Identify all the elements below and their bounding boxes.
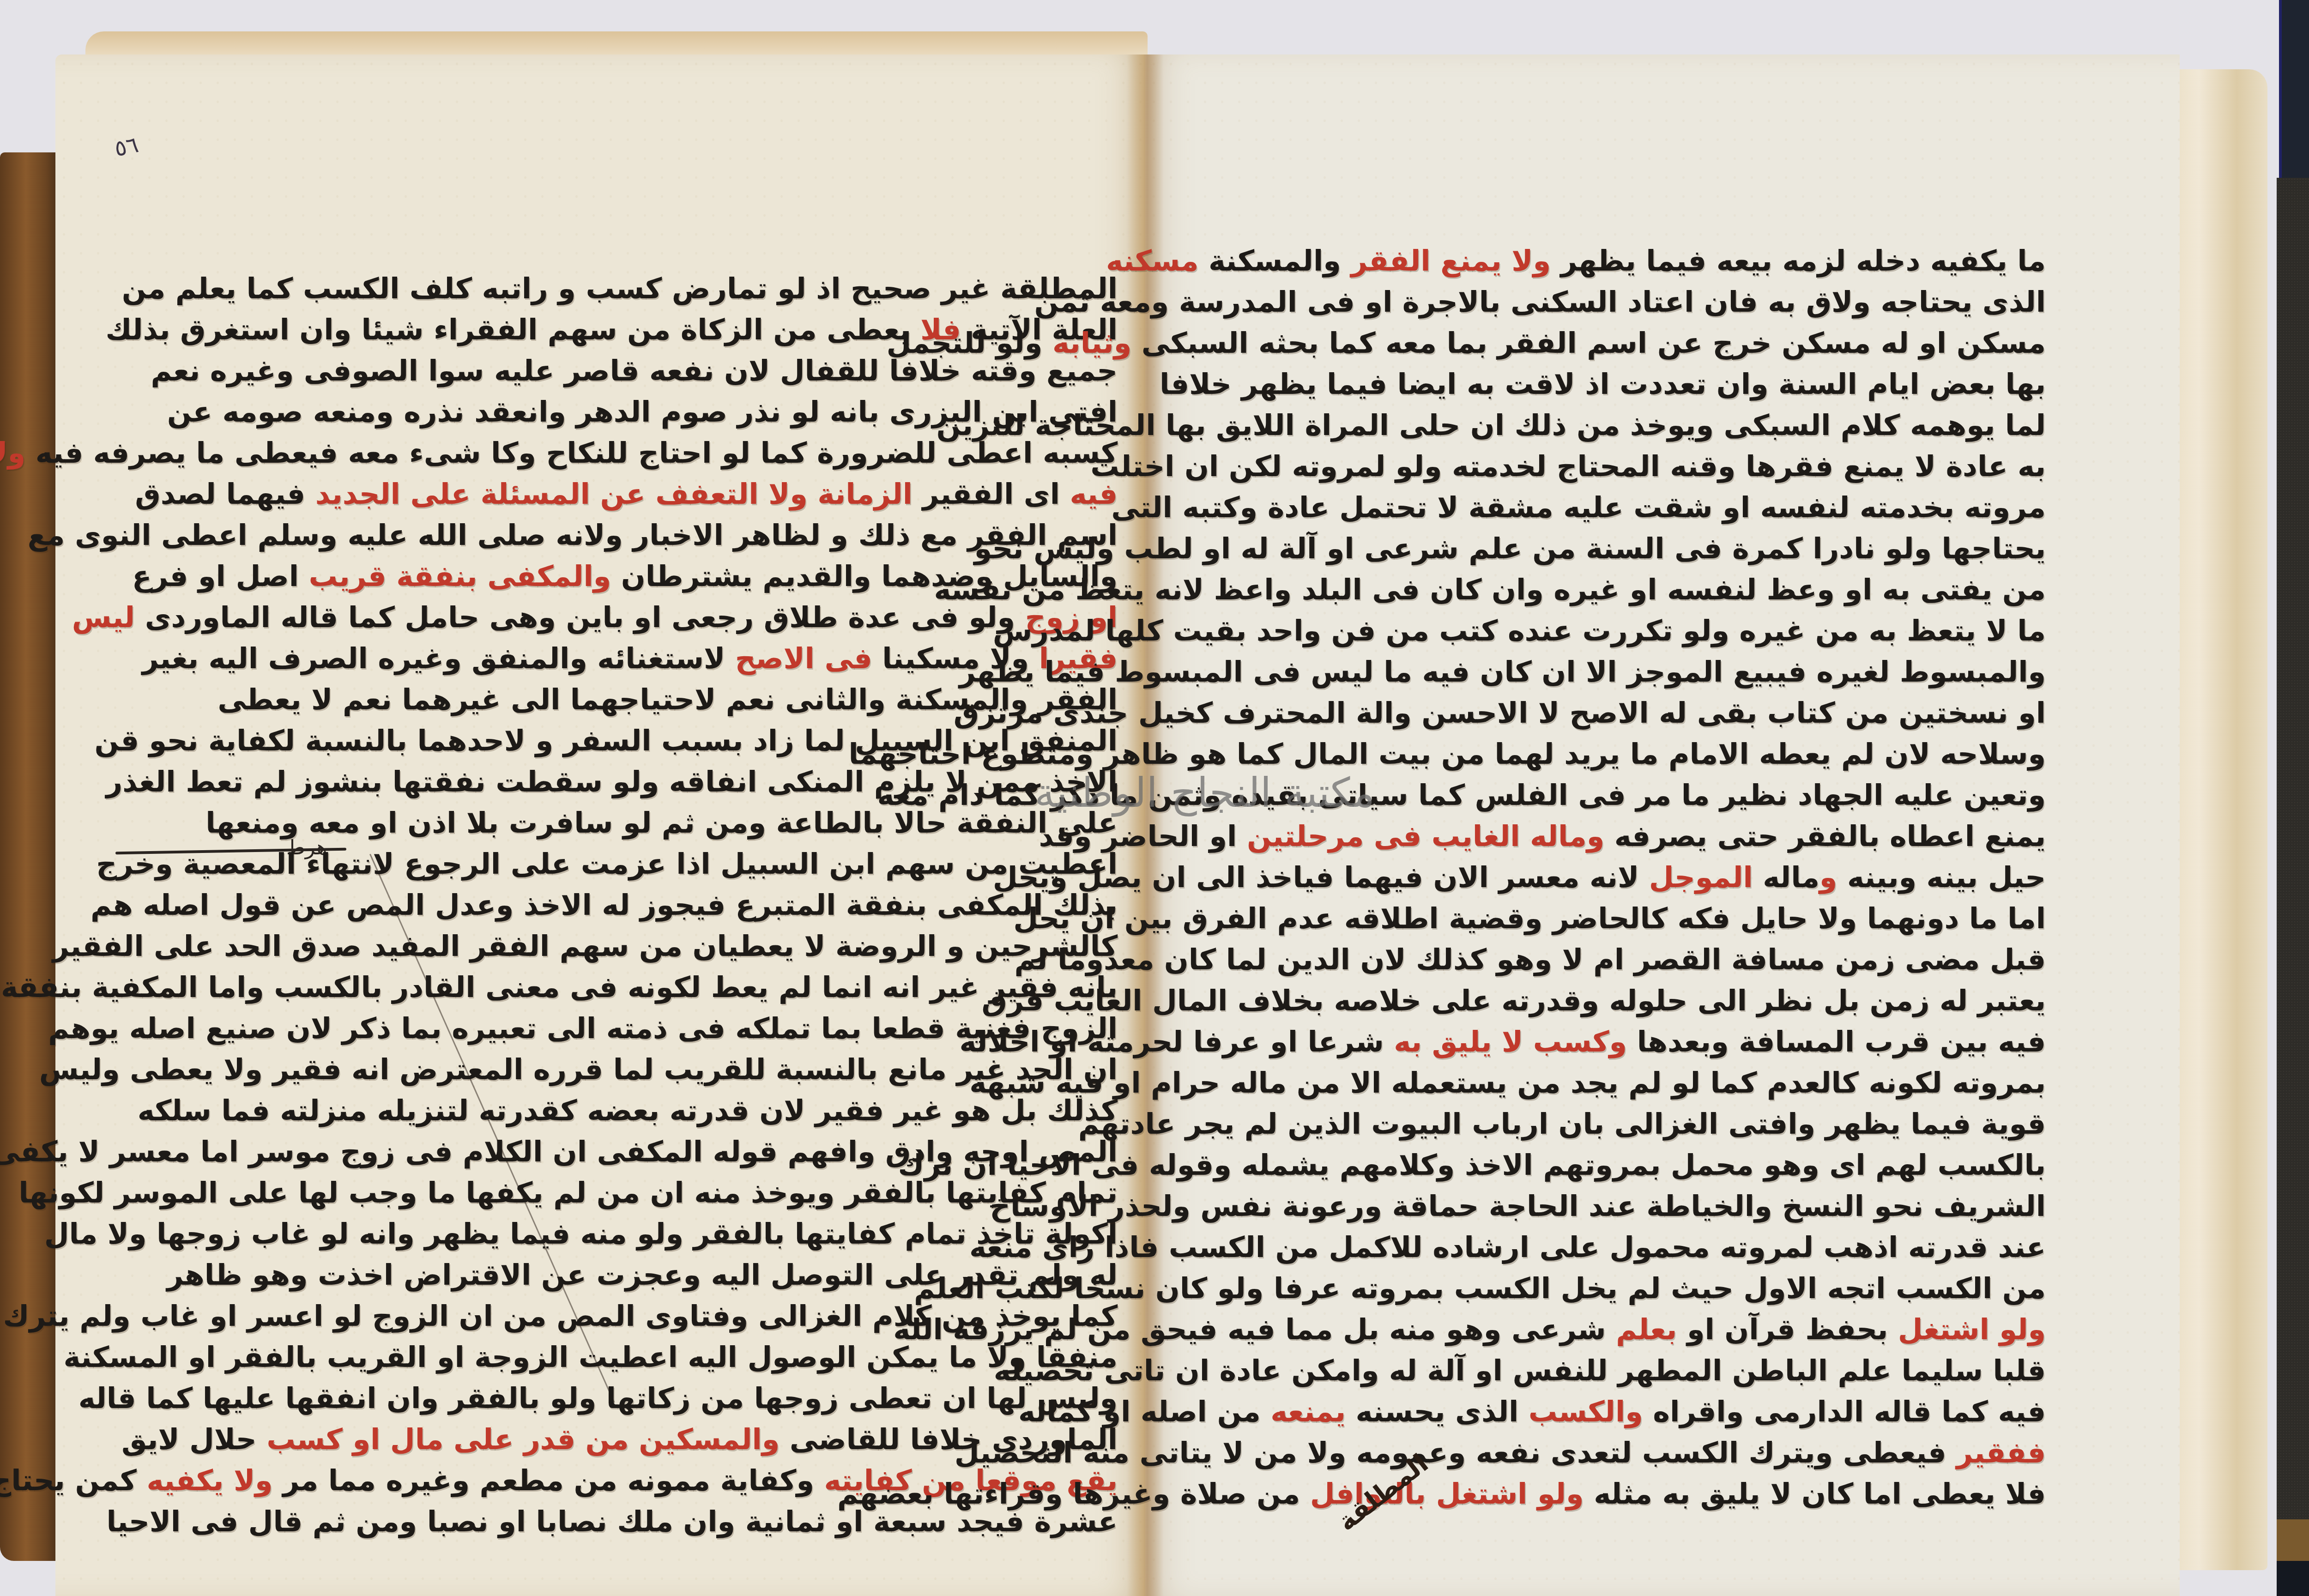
manuscript-line: به عادة لا يمنع فقرها وقنه المحتاج لخدمت… <box>1279 446 2046 487</box>
body-text: اعطيت من سهم ابن السبيل اذا عزمت على الر… <box>96 847 1118 881</box>
rubric-text: يمنعه <box>1270 1395 1346 1428</box>
manuscript-line: اما ما دونهما ولا حايل فكه كالحاضر وقضية… <box>1279 898 2046 939</box>
body-text: شرعى وهو منه بل مما فيه فيحق من لم يرزقه… <box>893 1312 1616 1346</box>
manuscript-line: يحتاجها ولو نادرا كمرة فى السنة من علم ش… <box>1279 528 2046 569</box>
body-text: كالشرحين و الروضة لا يعطيان من سهم الفقر… <box>53 929 1118 963</box>
body-text: يمنع اعطاه بالفقر حتى يصرفه <box>1614 819 2046 853</box>
body-text: عند قدرته اذهب لمروته محمول على ارشاده ل… <box>969 1230 2046 1264</box>
body-text: من الكسب اتجه الاول حيث لم يخل الكسب بمر… <box>914 1271 2046 1305</box>
rubric-text: ليس <box>72 600 145 634</box>
body-text: بمروته لكونه كالعدم كما لو لم يجد من يست… <box>969 1066 2046 1100</box>
body-text: الزوج فغنية قطعا بما تملكه فى ذمته الى ت… <box>48 1011 1118 1045</box>
body-text: ما يكفيه دخله لزمه بيعه فيما يظهر <box>1561 244 2046 278</box>
manuscript-line: بها بعض ايام السنة وان تعددت اذ لاقت به … <box>1279 363 2046 405</box>
manuscript-line: او نسختين من كتاب بقى له الاصح لا الاحسن… <box>1279 692 2046 733</box>
body-text: من صلاة وغيرها وقراءتها بعضهم <box>837 1477 1310 1511</box>
manuscript-line: فيه اى الفقير الزمانة ولا التعفف عن المس… <box>379 473 1118 514</box>
body-text: قلبا سليما علم الباطن المطهر للنفس او آل… <box>994 1354 2046 1387</box>
manuscript-line: ما يكفيه دخله لزمه بيعه فيما يظهر ولا يم… <box>1279 240 2046 281</box>
body-text: فيعطى ويترك الكسب لتعدى نفعه وعمومه ولا … <box>955 1436 1956 1469</box>
body-text: فلا يعطى اما كان لا يليق به مثله <box>1594 1477 2046 1511</box>
body-text: اى الفقير <box>913 477 1070 511</box>
body-text: لما يوهمه كلام السبكى ويوخذ من ذلك ان حل… <box>937 408 2046 442</box>
body-text: اما ما دونهما ولا حايل فكه كالحاضر وقضية… <box>1013 901 2046 935</box>
body-text: ولو فى عدة طلاق رجعى او باين وهى حامل كم… <box>145 600 1025 634</box>
body-text: ان الحد غير مانع بالنسبة للقريب لما قرره… <box>39 1052 1118 1086</box>
rubric-text: وماله الغايب فى مرحلتين <box>1247 819 1614 853</box>
manuscript-line: فيه بين قرب المسافة وبعدها وكسب لا يليق … <box>1279 1021 2046 1062</box>
body-text: الذى يحتاجه ولاق به فان اعتاد السكنى بال… <box>1034 285 2046 319</box>
rubric-text: الزمانة ولا التعفف عن المسئلة على الجديد <box>315 477 913 511</box>
body-text: بها بعض ايام السنة وان تعددت اذ لاقت به … <box>1160 367 2046 401</box>
left-book-cover <box>0 152 65 1561</box>
body-text: مسكن او له مسكن خرج عن اسم الفقر بما معه… <box>1142 326 2046 360</box>
storage-rack <box>2279 0 2309 178</box>
manuscript-line: يمنع اعطاه بالفقر حتى يصرفه وماله الغايب… <box>1279 816 2046 857</box>
body-text: حيل بينه وبينه <box>1847 860 2046 894</box>
manuscript-line: حيل بينه وبينه وماله الموجل لانه معسر ال… <box>1279 857 2046 898</box>
manuscript-line: المطلقة غير صحيح اذ لو تمارض كسب و راتبه… <box>379 268 1118 309</box>
body-text: كمن يحتاج <box>0 1463 146 1497</box>
body-text: او الحاضر وقد <box>1039 819 1246 853</box>
manuscript-line: من الكسب اتجه الاول حيث لم يخل الكسب بمر… <box>1279 1268 2046 1309</box>
manuscript-line: والمبسوط لغيره فيبيع الموجز الا ان كان ف… <box>1279 651 2046 692</box>
rubric-text: فى الاصح <box>735 641 872 675</box>
manuscript-line: قبل مضى زمن مسافة القصر ام لا وهو كذلك ل… <box>1279 939 2046 980</box>
body-text: بالكسب لهم اى وهو محمل بمروتهم الاخذ وكل… <box>898 1148 2046 1182</box>
rubric-text: بعلم <box>1616 1312 1687 1346</box>
manuscript-line: بالكسب لهم اى وهو محمل بمروتهم الاخذ وكل… <box>1279 1144 2046 1185</box>
manuscript-line: من يفتى به او وعظ لنفسه او غيره وان كان … <box>1279 569 2046 610</box>
body-text: ولو للتجمل <box>887 326 1052 360</box>
rubric-text: والمكفى بنفقة قريب <box>309 559 621 593</box>
body-text: والمبسوط لغيره فيبيع الموجز الا ان كان ف… <box>959 655 2046 689</box>
body-text: فيه كما قاله الدارمى واقراه <box>1653 1395 2046 1428</box>
rubric-text: والمسكين من قدر على مال او كسب <box>266 1422 790 1456</box>
manuscript-line: الذى يحتاجه ولاق به فان اعتاد السكنى بال… <box>1279 281 2046 322</box>
right-page-text-block: ما يكفيه دخله لزمه بيعه فيما يظهر ولا يم… <box>1279 240 2046 1514</box>
rubric-text: وكسب لا يليق به <box>1394 1025 1637 1058</box>
body-text: يعتبر له زمن بل نظر الى حلوله وقدرته على… <box>982 984 2046 1017</box>
manuscript-line: يعتبر له زمن بل نظر الى حلوله وقدرته على… <box>1279 980 2046 1021</box>
manuscript-line: مسكن او له مسكن خرج عن اسم الفقر بما معه… <box>1279 322 2046 363</box>
manuscript-line: عند قدرته اذهب لمروته محمول على ارشاده ل… <box>1279 1227 2046 1268</box>
body-text: بحفظ قرآن او <box>1687 1312 1898 1346</box>
body-text: او نسختين من كتاب بقى له الاصح لا الاحسن… <box>954 696 2046 730</box>
body-text: من اصله او كماله <box>1018 1395 1270 1428</box>
rubric-text: والكسب <box>1529 1395 1653 1428</box>
body-text: شرعا او عرفا لحرمته او اخلاله <box>959 1025 1394 1058</box>
rubric-text: و <box>1819 860 1847 894</box>
manuscript-line: لما يوهمه كلام السبكى ويوخذ من ذلك ان حل… <box>1279 405 2046 446</box>
body-text: ما لا يتعظ به من غيره ولو تكررت عنده كتب… <box>993 614 2046 647</box>
bottom-rack <box>2277 1561 2309 1596</box>
right-book-board <box>2277 178 2309 1596</box>
manuscript-line: قوية فيما يظهر وافتى الغزالى بان ارباب ا… <box>1279 1103 2046 1144</box>
manuscript-line: ما لا يتعظ به من غيره ولو تكررت عنده كتب… <box>1279 610 2046 651</box>
body-text: الشريف نحو النسخ والخياطة عند الحاجة حما… <box>990 1189 2046 1223</box>
body-text: المطلقة غير صحيح اذ لو تمارض كسب و راتبه… <box>122 272 1118 305</box>
body-text: بذلك المكفى بنفقة المتبرع فيجوز له الاخذ… <box>91 888 1118 922</box>
rubric-text: ولا يكفيه <box>146 1463 272 1497</box>
body-text: اصل او فرع <box>132 559 309 593</box>
rubric-text: الموجل <box>1649 860 1753 894</box>
manuscript-line: وسلاحه لان لم يعطه الامام ما يريد لهما م… <box>1279 733 2046 774</box>
body-text: مروته بخدمته لنفسه او شقت عليه مشقة لا ت… <box>1111 490 2046 524</box>
body-text: به عادة لا يمنع فقرها وقنه المحتاج لخدمت… <box>1090 449 2046 483</box>
body-text: ماله <box>1753 860 1819 894</box>
rubric-text: ولا يمنع الفقر <box>1351 244 1560 278</box>
body-text: اسم الفقر مع ذلك و لظاهر الاخبار ولانه ص… <box>28 518 1118 552</box>
rubric-text: مسكنه <box>1106 244 1209 278</box>
body-text: من يفتى به او وعظ لنفسه او غيره وان كان … <box>934 573 2046 606</box>
manuscript-line: فيه كما قاله الدارمى واقراه والكسب الذى … <box>1279 1391 2046 1432</box>
rubric-text: ولا يشترط <box>0 436 36 470</box>
body-text: فيهما لصدق <box>135 477 315 511</box>
body-text: بانه فقير غير انه انما لم يعط لكونه فى م… <box>1 970 1118 1004</box>
manuscript-line: بمروته لكونه كالعدم كما لو لم يجد من يست… <box>1279 1062 2046 1103</box>
rubric-text: وثيابه <box>1052 326 1142 360</box>
body-text: والمسكنة <box>1209 244 1351 278</box>
body-text: وليس لها ان تعطى زوجها من زكاتها ولو بال… <box>79 1381 1118 1415</box>
body-text: وسلاحه لان لم يعطه الامام ما يريد لهما م… <box>849 737 2046 771</box>
body-text: يعطى من الزكاة من سهم الفقراء شيئا وان ا… <box>105 313 910 346</box>
body-text: قبل مضى زمن مسافة القصر ام لا وهو كذلك ل… <box>1014 943 2046 976</box>
body-text: الذى يحسنه <box>1346 1395 1529 1428</box>
rubric-text: ولو اشتغل <box>1898 1312 2046 1346</box>
manuscript-line: كالشرحين و الروضة لا يعطيان من سهم الفقر… <box>379 925 1118 967</box>
manuscript-line: ولو اشتغل بحفظ قرآن او بعلم شرعى وهو منه… <box>1279 1309 2046 1350</box>
body-text: فيه بين قرب المسافة وبعدها <box>1637 1025 2046 1058</box>
library-watermark: مكتبة النجاح الوطنية <box>1034 769 1375 816</box>
body-text: لانه معسر الان فيهما فياخذ الى ان يصل وي… <box>993 860 1649 894</box>
body-text: يحتاجها ولو نادرا كمرة فى السنة من علم ش… <box>974 532 2046 565</box>
body-text: لاستغنائه والمنفق وغيره الصرف اليه بغير <box>142 641 735 675</box>
body-text: وكفاية ممونه من مطعم وغيره مما مر <box>273 1463 824 1497</box>
body-text: قوية فيما يظهر وافتى الغزالى بان ارباب ا… <box>1078 1107 2046 1141</box>
body-text: حلال لايق <box>121 1422 266 1456</box>
manuscript-line: الشريف نحو النسخ والخياطة عند الحاجة حما… <box>1279 1185 2046 1227</box>
manuscript-line: مروته بخدمته لنفسه او شقت عليه مشقة لا ت… <box>1279 487 2046 528</box>
manuscript-line: وتعين عليه الجهاد نظير ما مر فى الفلس كم… <box>1279 774 2046 816</box>
manuscript-line: قلبا سليما علم الباطن المطهر للنفس او آل… <box>1279 1350 2046 1391</box>
rubric-text: ففقير <box>1956 1436 2046 1469</box>
body-text: اكولة تاخذ تمام كفايتها بالفقر ولو منه ف… <box>44 1217 1118 1251</box>
